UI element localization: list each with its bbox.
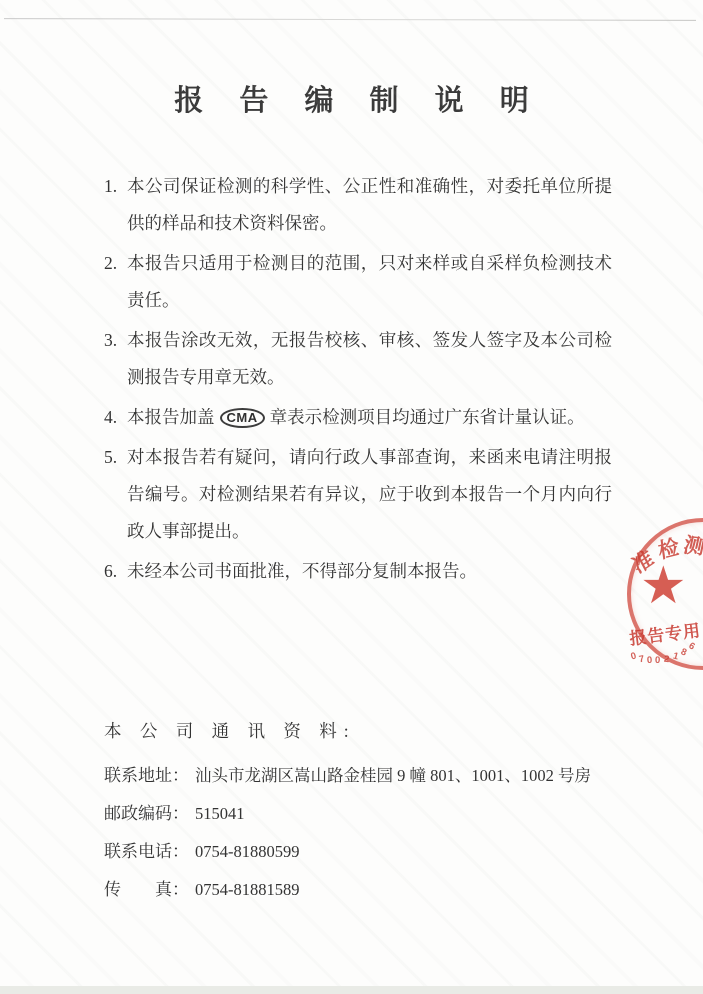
contact-row: 联系地址：汕头市龙湖区嵩山路金桂园 9 幢 801、1001、1002 号房	[104, 764, 604, 788]
seal-label: 报告专用	[628, 615, 703, 649]
contact-label: 联系电话：	[104, 840, 189, 864]
contact-label: 联系地址：	[104, 764, 189, 788]
note-number: 3.	[104, 322, 127, 396]
seal-arc-char: 准	[627, 542, 659, 580]
seal-arc-char: 测	[681, 529, 703, 561]
note-number: 2.	[104, 245, 127, 319]
report-seal-stamp: 准检测 ★ 报告专用 07002186	[627, 518, 703, 670]
contact-rows: 联系地址：汕头市龙湖区嵩山路金桂园 9 幢 801、1001、1002 号房邮政…	[104, 764, 604, 902]
page-title: 报 告 编 制 说 明	[0, 84, 703, 116]
contact-row: 联系电话：0754-81880599	[104, 840, 604, 864]
scan-edge-band	[0, 986, 703, 994]
cma-accreditation-mark: CMA	[220, 408, 265, 428]
seal-serial-digit: 8	[679, 646, 688, 658]
seal-arc-char: 检	[656, 531, 681, 566]
seal-serial-digit: 7	[638, 654, 645, 666]
note-text: 未经本公司书面批准，不得部分复制本报告。	[127, 553, 612, 590]
star-icon: ★	[640, 560, 687, 612]
seal-serial-digit: 1	[672, 651, 680, 663]
note-text: 本报告涂改无效，无报告校核、审核、签发人签字及本公司检测报告专用章无效。	[127, 322, 612, 396]
seal-serial-digit: 0	[630, 650, 638, 662]
note-item: 1.本公司保证检测的科学性、公正性和准确性，对委托单位所提供的样品和技术资料保密…	[104, 168, 612, 242]
scanned-report-page: { "document": { "title": "报 告 编 制 说 明", …	[0, 0, 703, 994]
contact-row: 传 真：0754-81881589	[104, 878, 604, 902]
scan-edge-line	[4, 18, 696, 21]
contact-label: 传 真：	[104, 878, 189, 902]
contact-value: 515041	[195, 802, 245, 826]
contact-heading: 本 公 司 通 讯 资 料:	[104, 718, 604, 743]
note-item: 2.本报告只适用于检测目的范围，只对来样或自采样负检测技术责任。	[104, 245, 612, 319]
note-text: 本报告只适用于检测目的范围，只对来样或自采样负检测技术责任。	[127, 245, 612, 319]
seal-ring	[627, 518, 703, 670]
contact-value: 0754-81880599	[195, 840, 300, 864]
note-item: 4.本报告加盖CMA章表示检测项目均通过广东省计量认证。	[104, 399, 612, 436]
note-number: 1.	[104, 168, 127, 242]
note-text: 对本报告若有疑问，请向行政人事部查询，来函来电请注明报告编号。对检测结果若有异议…	[127, 439, 612, 550]
notes-list: 1.本公司保证检测的科学性、公正性和准确性，对委托单位所提供的样品和技术资料保密…	[104, 168, 612, 590]
seal-serial-digit: 6	[687, 640, 697, 652]
contact-section: 本 公 司 通 讯 资 料: 联系地址：汕头市龙湖区嵩山路金桂园 9 幢 801…	[104, 718, 604, 916]
contact-label: 邮政编码：	[104, 802, 189, 826]
contact-value: 汕头市龙湖区嵩山路金桂园 9 幢 801、1001、1002 号房	[195, 764, 591, 788]
note-number: 4.	[104, 399, 127, 436]
contact-value: 0754-81881589	[195, 878, 300, 902]
note-item: 6.未经本公司书面批准，不得部分复制本报告。	[104, 553, 612, 590]
note-number: 6.	[104, 553, 127, 590]
seal-serial-digit: 2	[663, 654, 670, 666]
contact-row: 邮政编码：515041	[104, 802, 604, 826]
seal-serial-digit: 0	[655, 655, 661, 666]
note-item: 3.本报告涂改无效，无报告校核、审核、签发人签字及本公司检测报告专用章无效。	[104, 322, 612, 396]
seal-serial-digit: 0	[647, 655, 653, 666]
note-item: 5.对本报告若有疑问，请向行政人事部查询，来函来电请注明报告编号。对检测结果若有…	[104, 439, 612, 550]
note-text: 本公司保证检测的科学性、公正性和准确性，对委托单位所提供的样品和技术资料保密。	[127, 168, 612, 242]
note-text: 本报告加盖CMA章表示检测项目均通过广东省计量认证。	[127, 399, 612, 436]
note-number: 5.	[104, 439, 127, 550]
